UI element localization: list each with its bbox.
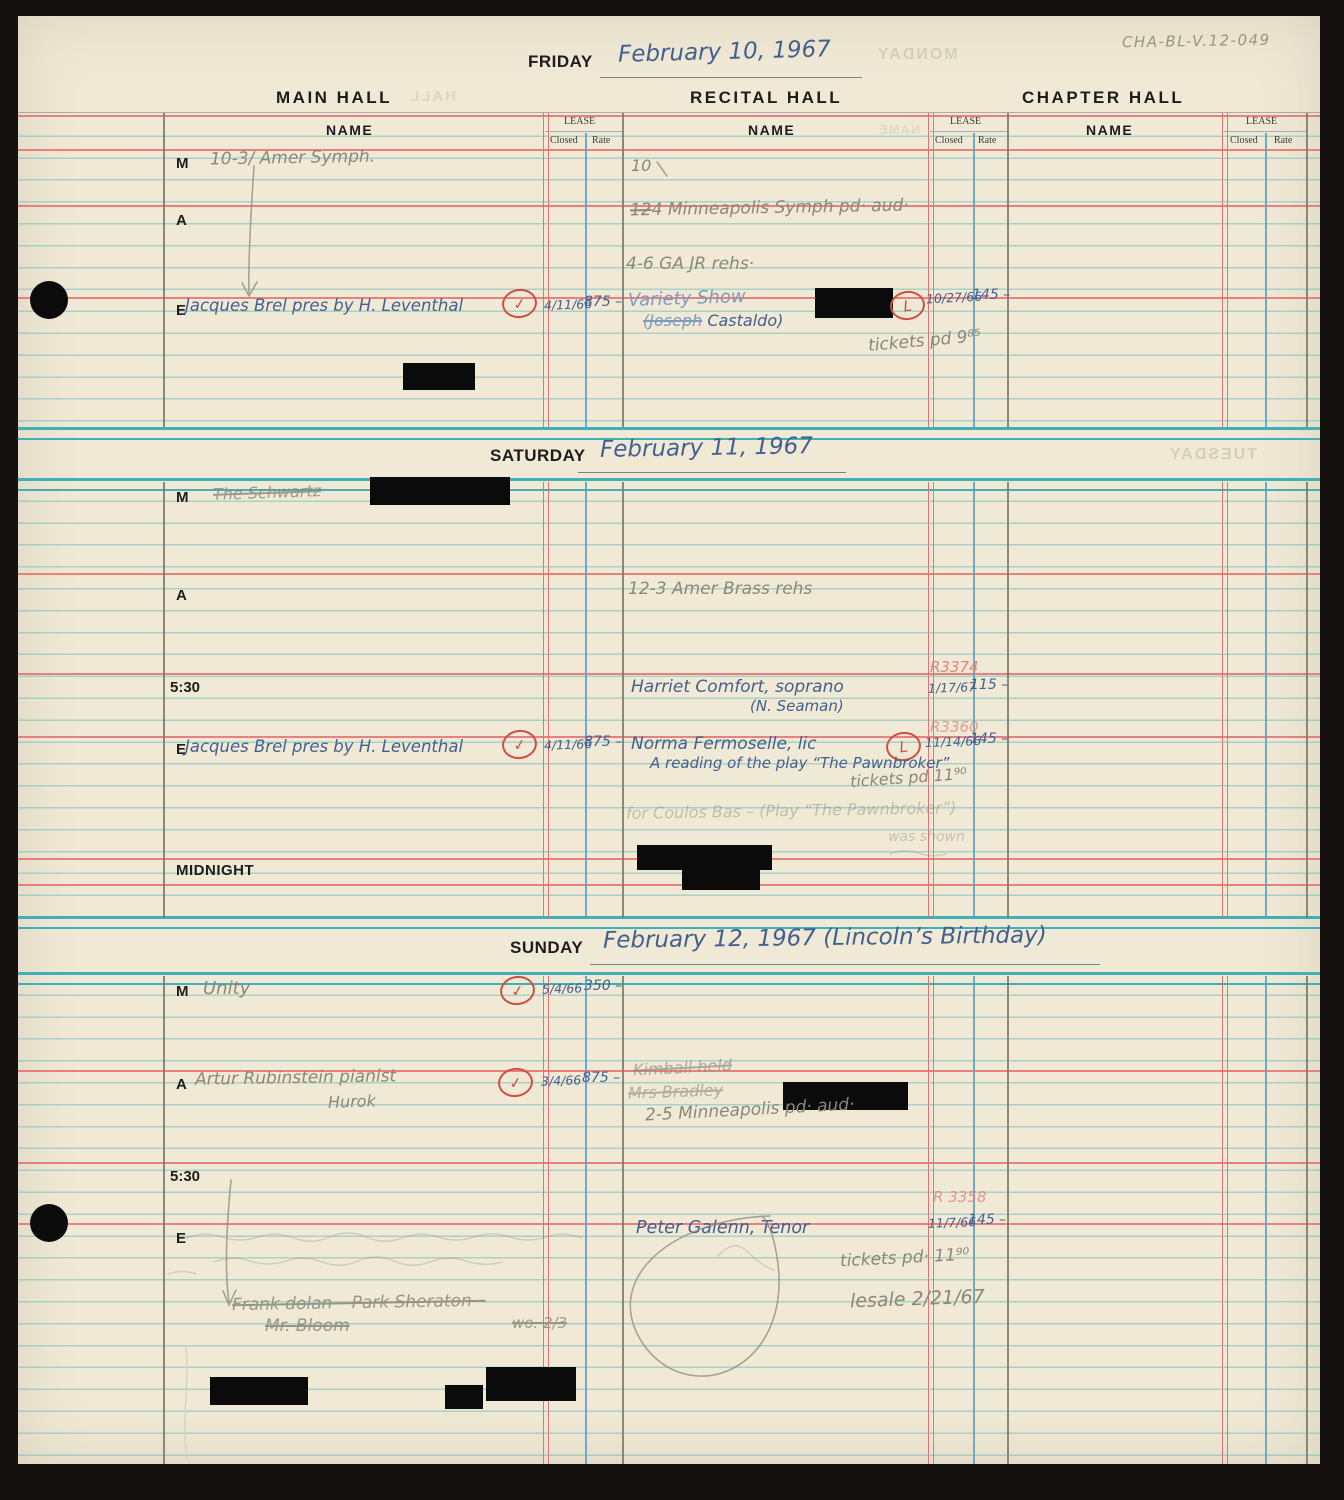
col-line: [973, 133, 975, 427]
sunday-date-handwritten: February 12, 1967 (Lincoln’s Birthday): [603, 923, 1047, 953]
struck-entry: Mrs Bradley: [628, 1082, 724, 1102]
entry-handwritten: Unity: [203, 980, 250, 999]
struck-text: 12: [630, 200, 652, 220]
col-line: [163, 976, 165, 1464]
lease-header: LEASE: [564, 116, 595, 127]
col-line: [585, 482, 587, 918]
row-line: [18, 573, 1320, 575]
row-line: [18, 884, 1320, 886]
red-reference-number: R 3358: [933, 1190, 986, 1206]
entry-handwritten: (N. Seaman): [750, 699, 844, 715]
col-line: [163, 482, 165, 918]
lease-rate: 875 –: [584, 735, 622, 750]
col-line: [548, 482, 549, 918]
col-line: [622, 113, 624, 427]
rate-header: Rate: [978, 135, 996, 146]
col-line: [1265, 482, 1267, 918]
col-line: [1306, 976, 1308, 1464]
rate-header: Rate: [592, 135, 610, 146]
col-line: [585, 976, 587, 1464]
name-column-header: NAME: [748, 122, 795, 138]
redaction-box: [370, 477, 510, 505]
entry-handwritten: 10-3/ Amer Symph.: [210, 149, 375, 170]
friday-day-label: FRIDAY: [528, 52, 593, 72]
row-line: [18, 1162, 1320, 1164]
hole-punch: [30, 281, 68, 319]
lease-rate: 350 –: [584, 979, 622, 994]
row-label-a: A: [176, 1076, 187, 1093]
bleedthrough-text: MONDAY: [876, 46, 958, 64]
entry-handwritten: Jacques Brel pres by H. Leventhal: [185, 297, 463, 314]
entry-text: Castaldo): [702, 311, 783, 330]
entry-handwritten: Hurok: [328, 1093, 376, 1111]
friday-date-handwritten: February 10, 1967: [618, 37, 831, 67]
col-line: [1007, 976, 1009, 1464]
row-label-m: M: [176, 155, 189, 172]
col-line: [1265, 976, 1267, 1464]
entry-handwritten: (Joseph Castaldo): [643, 313, 783, 330]
redaction-box: [210, 1377, 308, 1405]
col-line: [973, 482, 975, 918]
col-line: [585, 133, 587, 427]
date-rule: [600, 77, 862, 78]
main-hall-header: MAIN HALL: [276, 88, 392, 108]
bleedthrough-text: NAME: [878, 122, 920, 137]
redaction-box: [815, 288, 893, 318]
col-line: [1007, 482, 1009, 918]
col-line: [548, 113, 549, 427]
col-line: [622, 976, 624, 1464]
lease-box-line: [545, 131, 622, 132]
table-top-line: [18, 112, 1320, 113]
reference-number: CHA-BL-V.12-049: [1122, 33, 1271, 51]
redaction-box: [445, 1385, 483, 1409]
entry-handwritten: 12-3 Amer Brass rehs: [628, 581, 812, 599]
entry-handwritten: Peter Galenn, Tenor: [636, 1219, 809, 1237]
row-label-m: M: [176, 489, 189, 506]
redaction-box: [682, 868, 760, 890]
name-column-header: NAME: [1086, 122, 1133, 138]
redaction-box: [486, 1367, 576, 1401]
closed-header: Closed: [550, 135, 578, 146]
row-line: [18, 673, 1320, 675]
entry-handwritten: 10: [631, 158, 651, 175]
col-line: [1007, 113, 1009, 427]
lease-box-line: [1224, 131, 1306, 132]
col-line: [543, 482, 544, 918]
recital-hall-header: RECITAL HALL: [690, 88, 842, 108]
closed-header: Closed: [1230, 135, 1258, 146]
chapter-hall-header: CHAPTER HALL: [1022, 88, 1184, 108]
hole-punch: [30, 1204, 68, 1242]
date-rule: [590, 964, 1100, 965]
check-glyph: ✓: [512, 294, 527, 314]
row-label-a: A: [176, 587, 187, 604]
col-line: [163, 113, 165, 427]
struck-text: (Joseph: [643, 311, 702, 330]
ledger-scan: MONDAY TUESDAY HALL NAME CHA-BL-V.12-049…: [0, 0, 1344, 1500]
lease-box-line: [930, 131, 1007, 132]
struck-entry: wo. 2/3: [512, 1316, 567, 1332]
lease-header: LEASE: [950, 116, 981, 127]
lease-rate: 875 –: [584, 295, 622, 310]
col-line: [933, 113, 934, 427]
col-line: [1306, 482, 1308, 918]
sunday-day-label: SUNDAY: [510, 938, 583, 958]
col-line: [933, 482, 934, 918]
redaction-box: [403, 363, 475, 390]
check-glyph: ✓: [510, 981, 525, 1001]
entry-handwritten: Norma Fermoselle, lic: [631, 736, 817, 754]
lease-header: LEASE: [1246, 116, 1277, 127]
saturday-day-label: SATURDAY: [490, 446, 586, 466]
row-label-a: A: [176, 212, 187, 229]
lease-closed-date: 5/4/66: [542, 981, 583, 996]
check-glyph: ✓: [508, 1073, 523, 1093]
date-rule: [578, 472, 846, 473]
faint-note: was shown: [888, 830, 965, 845]
lease-closed-date: 3/4/66: [541, 1073, 582, 1088]
bleedthrough-text: HALL: [408, 88, 456, 105]
rate-header: Rate: [1274, 135, 1292, 146]
col-line: [1227, 976, 1228, 1464]
struck-entry: The Schwartz: [213, 483, 322, 504]
entry-handwritten: Harriet Comfort, soprano: [631, 679, 844, 697]
check-glyph: ✓: [512, 735, 527, 755]
lease-rate: 875 –: [582, 1071, 620, 1086]
col-line: [1227, 113, 1228, 427]
col-line: [1265, 133, 1267, 427]
row-label-m: M: [176, 983, 189, 1000]
ledger-page: MONDAY TUESDAY HALL NAME CHA-BL-V.12-049…: [18, 16, 1320, 1464]
name-column-header: NAME: [326, 122, 373, 138]
col-line: [1306, 113, 1308, 427]
col-line: [1222, 976, 1223, 1464]
struck-entry: Mr. Bloom: [265, 1318, 350, 1336]
lease-rate: 145 –: [972, 288, 1010, 303]
lease-rate: 145 –: [968, 1213, 1006, 1228]
col-line: [543, 113, 544, 427]
redaction-box: [637, 845, 772, 870]
bleedthrough-text: TUESDAY: [1168, 446, 1257, 464]
entry-handwritten: Artur Rubinstein pianist: [195, 1068, 396, 1089]
row-label-530: 5:30: [170, 679, 200, 696]
col-line: [1227, 482, 1228, 918]
row-label-midnight: MIDNIGHT: [176, 862, 254, 879]
col-line: [1222, 482, 1223, 918]
lease-l-glyph: L: [902, 296, 913, 315]
lease-rate: 145 –: [970, 732, 1008, 747]
col-line: [622, 482, 624, 918]
saturday-date-handwritten: February 11, 1967: [600, 434, 813, 462]
row-label-e: E: [176, 1230, 186, 1247]
col-line: [928, 482, 929, 918]
red-reference-number: R3374: [930, 660, 979, 676]
entry-handwritten: 4-6 GA JR rehs·: [626, 256, 754, 274]
row-label-530: 5:30: [170, 1168, 200, 1185]
entry-handwritten: Jacques Brel pres by H. Leventhal: [185, 738, 463, 755]
entry-handwritten: Variety Show: [628, 288, 746, 311]
lease-rate: 115 –: [970, 678, 1008, 693]
row-line: [18, 115, 1320, 117]
closed-header: Closed: [935, 135, 963, 146]
col-line: [1222, 113, 1223, 427]
col-line: [928, 113, 929, 427]
